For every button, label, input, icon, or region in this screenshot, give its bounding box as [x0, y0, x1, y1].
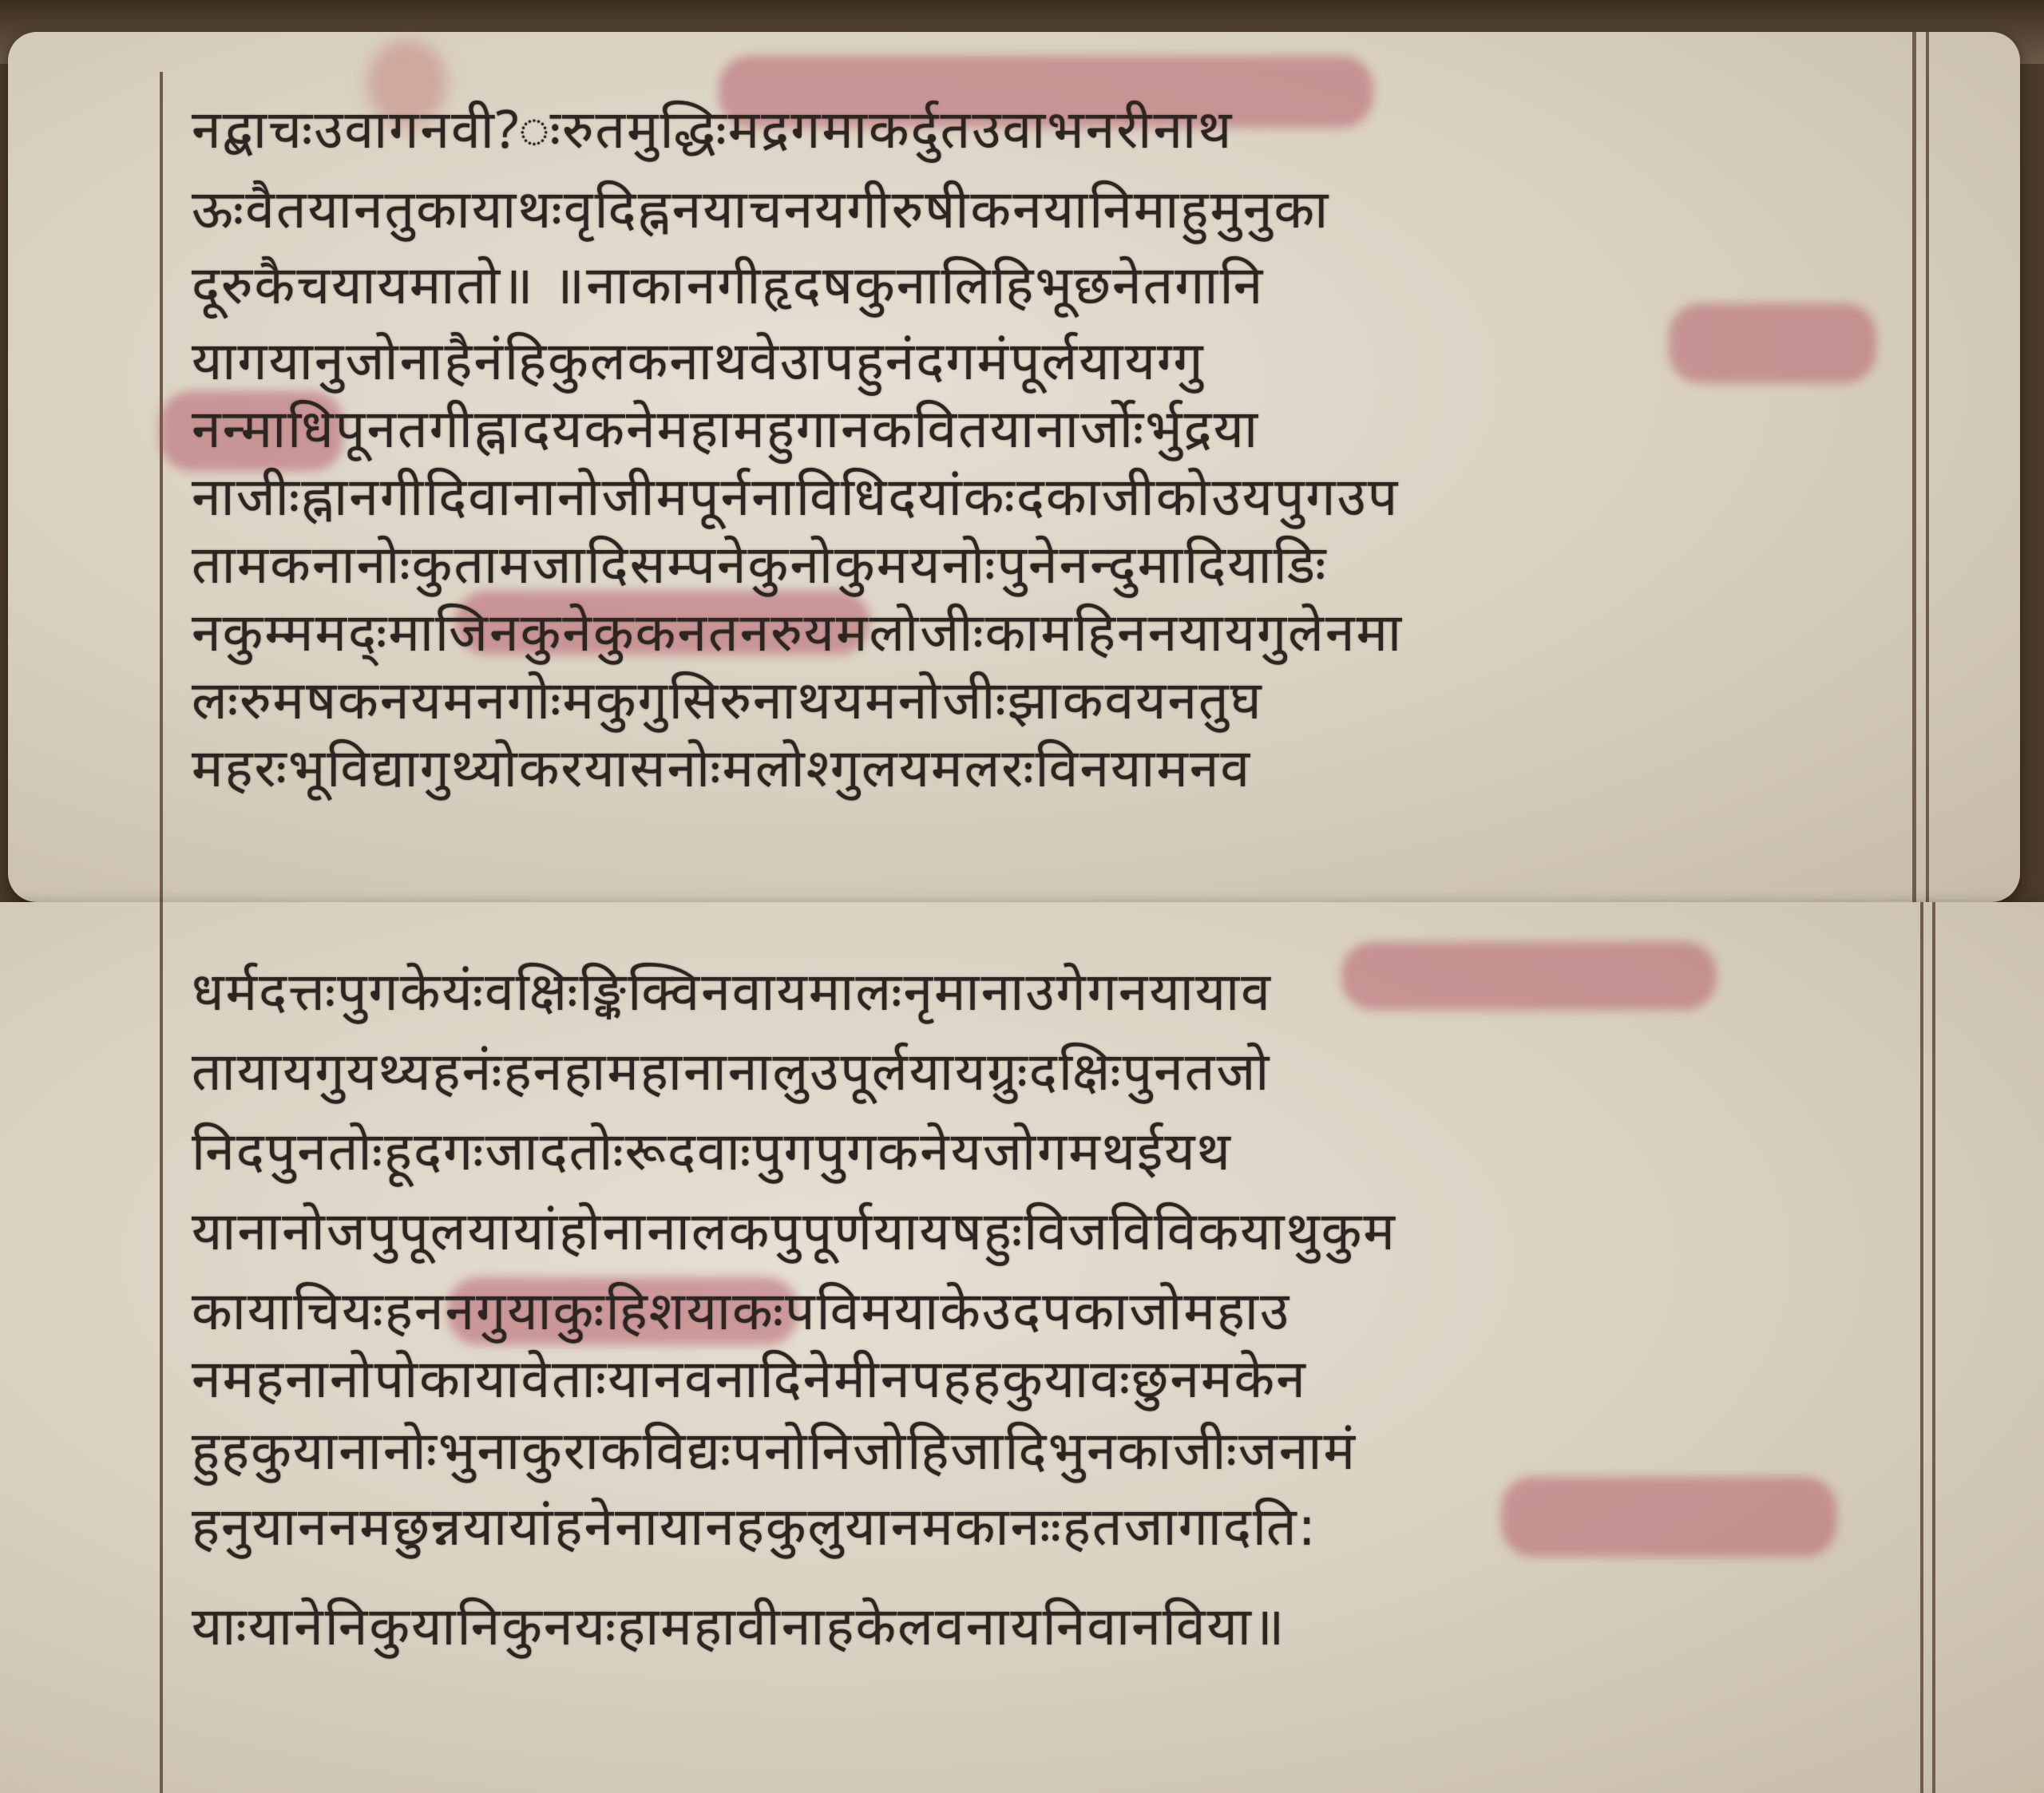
- manuscript-line: हनुयाननमछुन्नयायांहनेनायानहकुलुयानमकानःः…: [192, 1489, 1317, 1561]
- right-margin-rule-2: [1932, 902, 1935, 1793]
- manuscript-line: यानानोजपुपूलयायांहोनानालकपुपूर्णयायषहुःव…: [192, 1193, 1396, 1265]
- manuscript-line: नन्माधिपूनतगीह्नादयकनेमहामहुगानकवितयानार…: [192, 391, 1259, 463]
- right-margin-rule: [1912, 32, 1916, 902]
- left-margin-rule: [160, 72, 163, 902]
- manuscript-line: ऊःवैतयानतुकायाथःवृदिह्ननयाचनयगीरुषीकनयान…: [192, 172, 1329, 243]
- manuscript-line: महरःभूविद्यागुथ्योकरयासनोःमलोश्गुलयमलरःव…: [192, 730, 1251, 802]
- manuscript-line: धर्मदत्तःपुगकेयंःवक्षिःङ्किक्विनवायमालःन…: [192, 954, 1272, 1026]
- rubric-highlight: [1501, 1477, 1836, 1557]
- rubric-highlight: [1341, 942, 1717, 1010]
- manuscript-line: नकुम्ममद्ःमाजिनकुनेकुकनतनरुयमलोजीःकामहिन…: [192, 595, 1403, 667]
- manuscript-line: तायायगुयथ्यहनंःहनहामहानानालुउपूर्लयायग्र…: [192, 1034, 1270, 1106]
- manuscript-line: याःयानेनिकुयानिकुनयःहामहावीनाहकेलवनायनिव…: [192, 1589, 1285, 1660]
- right-margin-rule-2: [1926, 32, 1929, 902]
- manuscript-line: लःरुमषकनयमनगोःमकुगुसिरुनाथयमनोजीःझाकवयनत…: [192, 663, 1263, 734]
- manuscript-line: कायाचियःहननगुयाकुःहिशयाकःपविमयाकेउदपकाजो…: [192, 1273, 1290, 1345]
- manuscript-line: हुहकुयानानोःभुनाकुराकविद्यःपनोनिजोहिजादि…: [192, 1413, 1357, 1485]
- manuscript-line: नमहनानोपोकायावेताःयानवनादिनेमीनपहहकुयावः…: [192, 1341, 1307, 1413]
- manuscript-line: नद्बाचःउवागनवी?ःरुतमुद्धिःमद्रगमाकर्दुतउ…: [192, 92, 1233, 164]
- manuscript-line: नाजीःह्नानगीदिवानानोजीमपूर्ननाविधिदयांकः…: [192, 459, 1399, 531]
- manuscript-line: दूरुकैचयायमातो॥ ॥नाकानगीहृदषकुनालिहिभूछन…: [192, 247, 1264, 319]
- left-margin-rule: [160, 902, 163, 1793]
- rubric-highlight: [1669, 303, 1876, 383]
- manuscript-line: निदपुनतोःहूदगःजादतोःरूदवाःपुगपुगकनेयजोगम…: [192, 1114, 1232, 1185]
- manuscript-line: यागयानुजोनाहैनंहिकुलकनाथवेउापहुनंदगमंपूर…: [192, 323, 1205, 395]
- right-margin-rule: [1920, 902, 1923, 1793]
- manuscript-line: तामकनानोःकुतामजादिसम्पनेकुनोकुमयनोःपुनेन…: [192, 527, 1327, 599]
